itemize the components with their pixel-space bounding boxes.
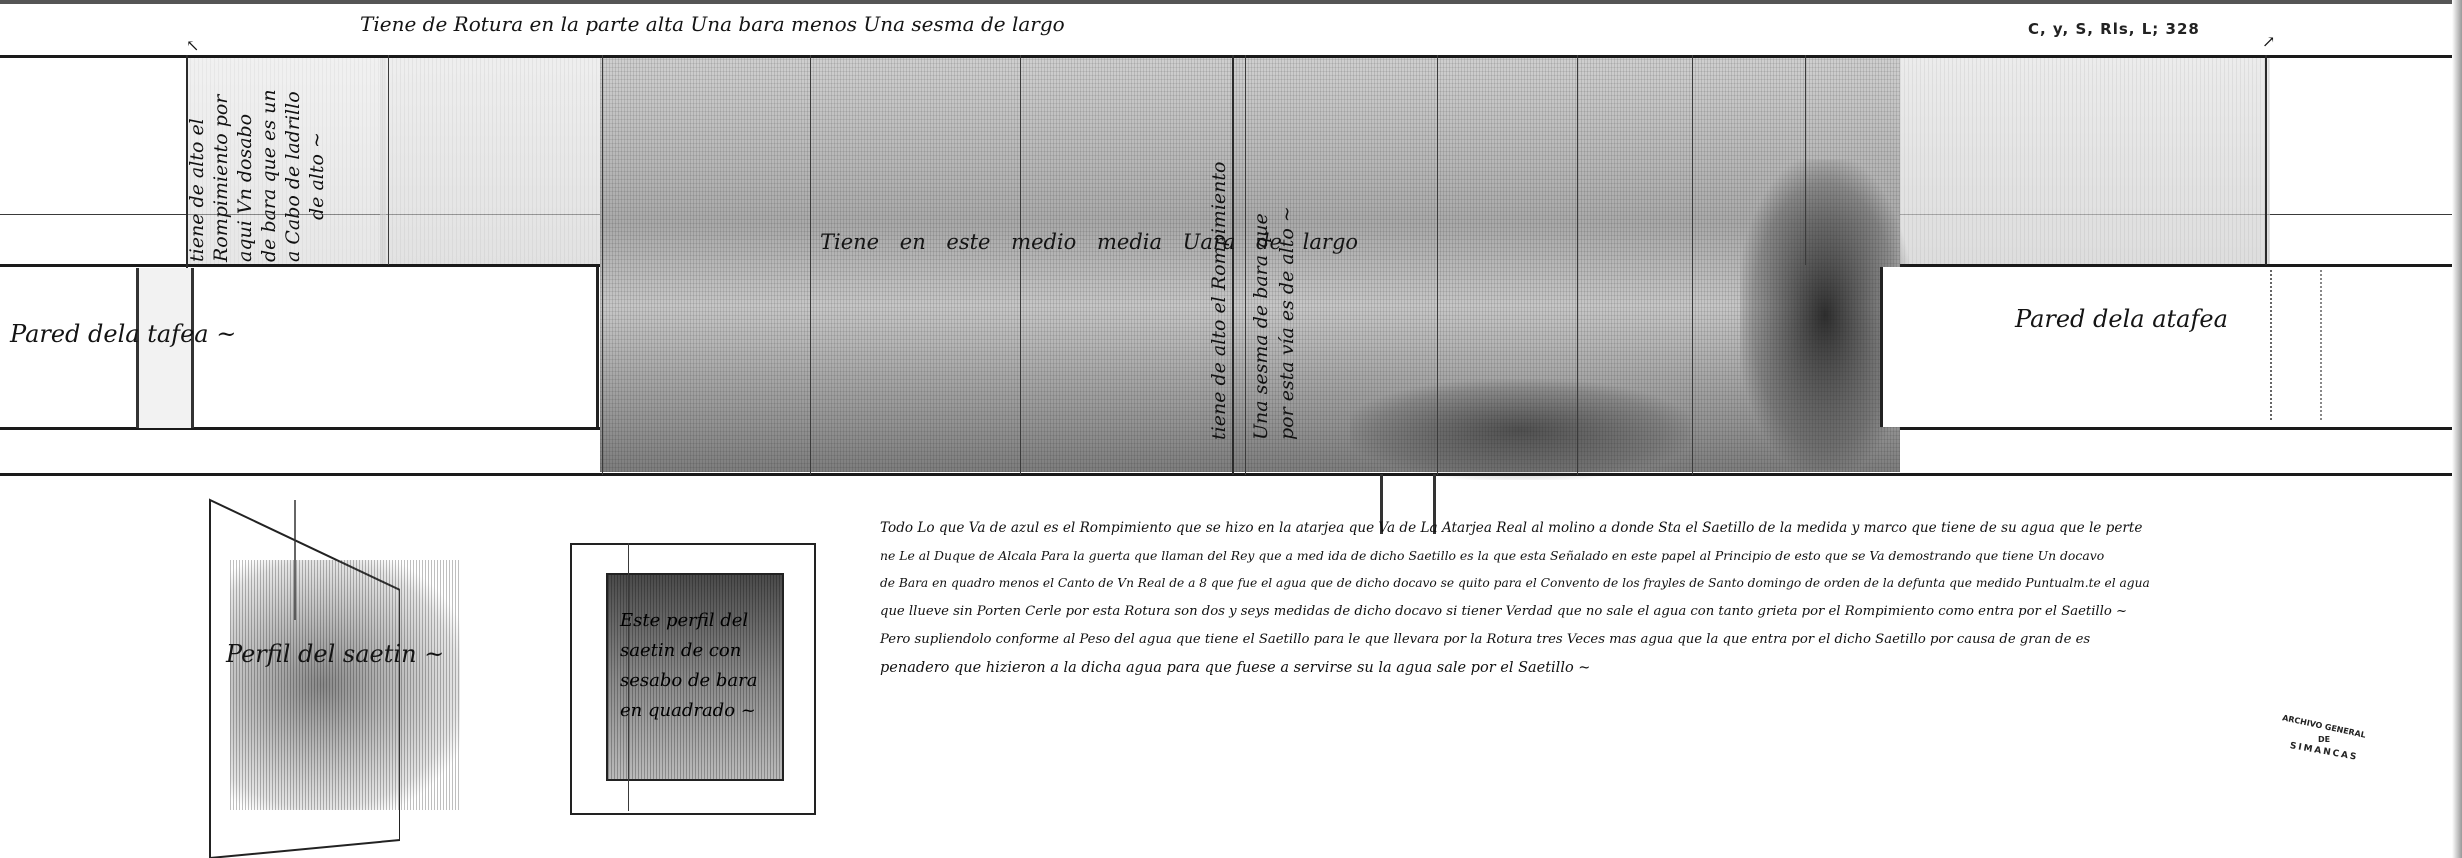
paragraph-line: Todo Lo que Va de azul es el Rompimiento… xyxy=(880,520,2142,536)
grid-v-2 xyxy=(602,55,603,475)
left-vertical-note-line: tiene de alto el xyxy=(186,118,208,262)
left-vertical-note-line: Rompimiento por xyxy=(210,95,232,262)
archive-stamp: ARCHIVO GENERAL DE SIMANCAS xyxy=(2280,720,2368,772)
right-wall-box xyxy=(1880,267,2268,427)
plan-bottom-line xyxy=(0,473,2462,476)
left-wall-box xyxy=(186,267,599,427)
profile-shading xyxy=(230,560,460,810)
page-edge-shadow xyxy=(2452,0,2462,858)
profile-label: Perfil del saetin ~ xyxy=(226,640,444,668)
reference-code: C, y, S, Rls, L; 328 xyxy=(2028,20,2200,38)
dark-stain-2 xyxy=(1350,380,1690,480)
right-wall-label: Pared dela atafea xyxy=(2015,305,2228,333)
square-label: Este perfil del saetin de con sesabo de … xyxy=(620,606,757,726)
paragraph-line: penadero que hizieron a la dicha agua pa… xyxy=(880,660,1590,676)
arrow-left-marker-icon: ↖ xyxy=(186,36,199,55)
grid-v-4 xyxy=(1020,55,1021,475)
left-wall-label: Pared dela tafea ~ xyxy=(10,320,236,348)
left-vertical-note-line: a Cabo de ladrillo xyxy=(282,91,304,262)
channel-shading-top-left xyxy=(380,58,600,264)
square-label-line: en quadrado ~ xyxy=(620,696,757,726)
top-border-line xyxy=(0,0,2462,4)
center-vertical-note-line: por esta vía es de alto ~ xyxy=(1276,206,1298,440)
grid-v-9 xyxy=(1692,55,1693,475)
grid-v-3 xyxy=(810,55,811,475)
right-edge-line xyxy=(2265,55,2267,265)
grid-v-10 xyxy=(1805,55,1806,265)
square-label-line: Este perfil del xyxy=(620,606,757,636)
paragraph-line: ne Le al Duque de Alcala Para la guerta … xyxy=(880,548,2104,563)
square-label-line: saetin de con xyxy=(620,636,757,666)
grid-v-6 xyxy=(1245,55,1246,475)
grid-v-7 xyxy=(1437,55,1438,475)
square-label-line: sesabo de bara xyxy=(620,666,757,696)
right-pillar xyxy=(2270,270,2322,420)
description-paragraph: Todo Lo que Va de azul es el Rompimiento… xyxy=(880,520,2280,720)
arrow-right-marker-icon: ↗ xyxy=(2262,32,2275,51)
paragraph-line: Pero supliendolo conforme al Peso del ag… xyxy=(880,632,2090,647)
title-annotation: Tiene de Rotura en la parte alta Una bar… xyxy=(360,12,1065,36)
paragraph-line: de Bara en quadro menos el Canto de Vn R… xyxy=(880,576,2150,590)
left-vertical-note-line: de alto ~ xyxy=(306,132,328,220)
left-vertical-note-line: de bara que es un xyxy=(258,89,280,262)
left-pillar xyxy=(136,268,194,428)
center-vertical-note-line: tiene de alto el Rompimiento xyxy=(1208,162,1230,440)
grid-v-5 xyxy=(1232,55,1234,475)
channel-shading-top-right xyxy=(1900,58,2270,264)
left-vertical-note-line: aqui Vn dosabo xyxy=(234,114,256,262)
center-vertical-note-line: Una sesma de bara que xyxy=(1250,213,1272,440)
grid-v-1 xyxy=(388,55,389,265)
paragraph-line: que llueve sin Porten Cerle por esta Rot… xyxy=(880,604,2127,619)
grid-v-8 xyxy=(1577,55,1578,475)
